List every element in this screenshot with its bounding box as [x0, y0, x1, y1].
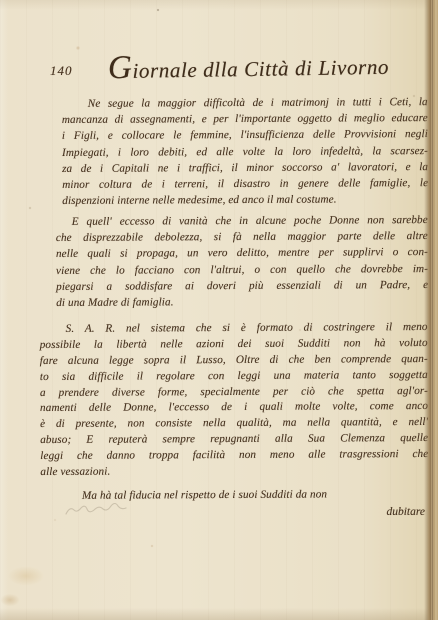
- manuscript-line: S. A. R. nel sistema che si è formato di…: [40, 320, 428, 338]
- manuscript-line: za de i Capitali ne i traffici, il minor…: [62, 159, 428, 177]
- manuscript-line: to sia difficile il regolare con leggi u…: [40, 368, 428, 386]
- book-page-edge-line: [432, 0, 433, 620]
- manuscript-line: mancanza di assegnamenti, e per l'import…: [62, 110, 428, 128]
- manuscript-line: E quell' eccesso di vanità che in alcune…: [56, 212, 428, 230]
- manuscript-line: minor coltura de i terreni, il disastro …: [62, 175, 428, 193]
- book-page-edge: [424, 0, 438, 620]
- paragraph-1: Ne segue la maggior difficoltà de i matr…: [62, 94, 429, 209]
- manuscript-page-scan: 140 Giornale dlla Città di Livorno Ne se…: [0, 0, 438, 620]
- pencil-annotation-squiggle: [64, 502, 134, 522]
- manuscript-line: dispenzioni interne nelle medesime, ed a…: [62, 191, 428, 209]
- manuscript-line: leggi che danno troppa facilità non meno…: [40, 447, 428, 465]
- manuscript-line: Impiegati, i loro debiti, ed alle volte …: [62, 143, 428, 161]
- manuscript-line: viene che lo facciano con l'altrui, o co…: [56, 261, 428, 279]
- manuscript-line: Ne segue la maggior difficoltà de i matr…: [62, 94, 428, 112]
- manuscript-line: che disprezzabile debolezza, si fà nella…: [56, 228, 428, 246]
- manuscript-line: possibile la libertà nelle azioni dei su…: [40, 336, 428, 354]
- page-title: Giornale dlla Città di Livorno: [108, 46, 390, 87]
- manuscript-line: nelle quali si propaga, un vero delitto,…: [56, 244, 428, 262]
- paragraph-2: E quell' eccesso di vanità che in alcune…: [56, 212, 429, 311]
- manuscript-line: i Figli, e collocare le femmine, l'insuf…: [62, 126, 428, 144]
- catchword: dubitare: [386, 506, 425, 518]
- manuscript-line: fare alcuna legge sopra il Lusso, Oltre …: [40, 352, 428, 370]
- paragraph-3: S. A. R. nel sistema che si è formato di…: [40, 320, 429, 481]
- manuscript-line: alle vessazioni.: [40, 463, 428, 481]
- manuscript-line: piegarsi a soddisfare ai doveri più esse…: [56, 277, 428, 295]
- folio-number: 140: [50, 63, 73, 79]
- manuscript-line: di una Madre di famiglia.: [56, 293, 428, 311]
